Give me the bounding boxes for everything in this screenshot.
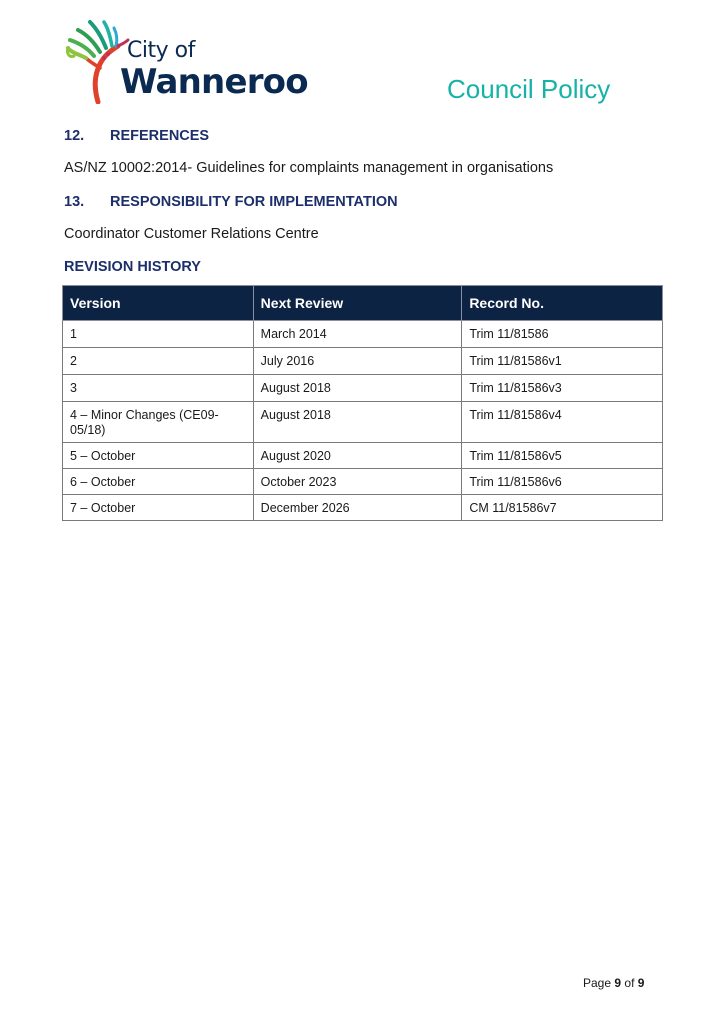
- total-pages: 9: [638, 976, 645, 990]
- section-body-references: AS/NZ 10002:2014- Guidelines for complai…: [64, 160, 553, 176]
- cell-record-no: Trim 11/81586: [462, 321, 663, 348]
- section-heading-references: 12.REFERENCES: [64, 128, 209, 144]
- cell-record-no: Trim 11/81586v4: [462, 402, 663, 443]
- cell-version: 5 – October: [63, 443, 254, 469]
- cell-record-no: Trim 11/81586v1: [462, 348, 663, 375]
- table-row: 3 August 2018 Trim 11/81586v3: [63, 375, 663, 402]
- cell-record-no: CM 11/81586v7: [462, 495, 663, 521]
- logo-text-city-of: City of: [127, 38, 195, 63]
- column-header-next-review: Next Review: [253, 286, 462, 321]
- section-number: 13.: [64, 194, 110, 210]
- page-label: Page: [583, 976, 611, 990]
- table-row: 7 – October December 2026 CM 11/81586v7: [63, 495, 663, 521]
- current-page: 9: [614, 976, 621, 990]
- cell-next-review: December 2026: [253, 495, 462, 521]
- cell-version: 6 – October: [63, 469, 254, 495]
- document-type-title: Council Policy: [447, 74, 610, 105]
- cell-version: 2: [63, 348, 254, 375]
- table-row: 1 March 2014 Trim 11/81586: [63, 321, 663, 348]
- revision-history-table: Version Next Review Record No. 1 March 2…: [62, 285, 663, 521]
- revision-history-heading: REVISION HISTORY: [64, 259, 201, 275]
- section-body-responsibility: Coordinator Customer Relations Centre: [64, 226, 319, 242]
- table-row: 6 – October October 2023 Trim 11/81586v6: [63, 469, 663, 495]
- section-number: 12.: [64, 128, 110, 144]
- cell-next-review: August 2018: [253, 375, 462, 402]
- table-row: 4 – Minor Changes (CE09-05/18) August 20…: [63, 402, 663, 443]
- table-row: 5 – October August 2020 Trim 11/81586v5: [63, 443, 663, 469]
- cell-next-review: October 2023: [253, 469, 462, 495]
- of-label: of: [624, 976, 634, 990]
- cell-record-no: Trim 11/81586v3: [462, 375, 663, 402]
- cell-version: 1: [63, 321, 254, 348]
- cell-next-review: August 2020: [253, 443, 462, 469]
- section-title: RESPONSIBILITY FOR IMPLEMENTATION: [110, 194, 398, 210]
- table-row: 2 July 2016 Trim 11/81586v1: [63, 348, 663, 375]
- column-header-record-no: Record No.: [462, 286, 663, 321]
- cell-version: 3: [63, 375, 254, 402]
- cell-version: 7 – October: [63, 495, 254, 521]
- cell-next-review: July 2016: [253, 348, 462, 375]
- cell-next-review: August 2018: [253, 402, 462, 443]
- column-header-version: Version: [63, 286, 254, 321]
- logo-text-wanneroo: Wanneroo: [120, 62, 308, 102]
- table-header-row: Version Next Review Record No.: [63, 286, 663, 321]
- cell-next-review: March 2014: [253, 321, 462, 348]
- cell-record-no: Trim 11/81586v6: [462, 469, 663, 495]
- section-title: REFERENCES: [110, 128, 209, 144]
- page-number-footer: Page 9 of 9: [583, 976, 644, 990]
- city-of-wanneroo-logo: City of Wanneroo: [64, 18, 294, 104]
- cell-record-no: Trim 11/81586v5: [462, 443, 663, 469]
- cell-version: 4 – Minor Changes (CE09-05/18): [63, 402, 254, 443]
- section-heading-responsibility: 13.RESPONSIBILITY FOR IMPLEMENTATION: [64, 194, 398, 210]
